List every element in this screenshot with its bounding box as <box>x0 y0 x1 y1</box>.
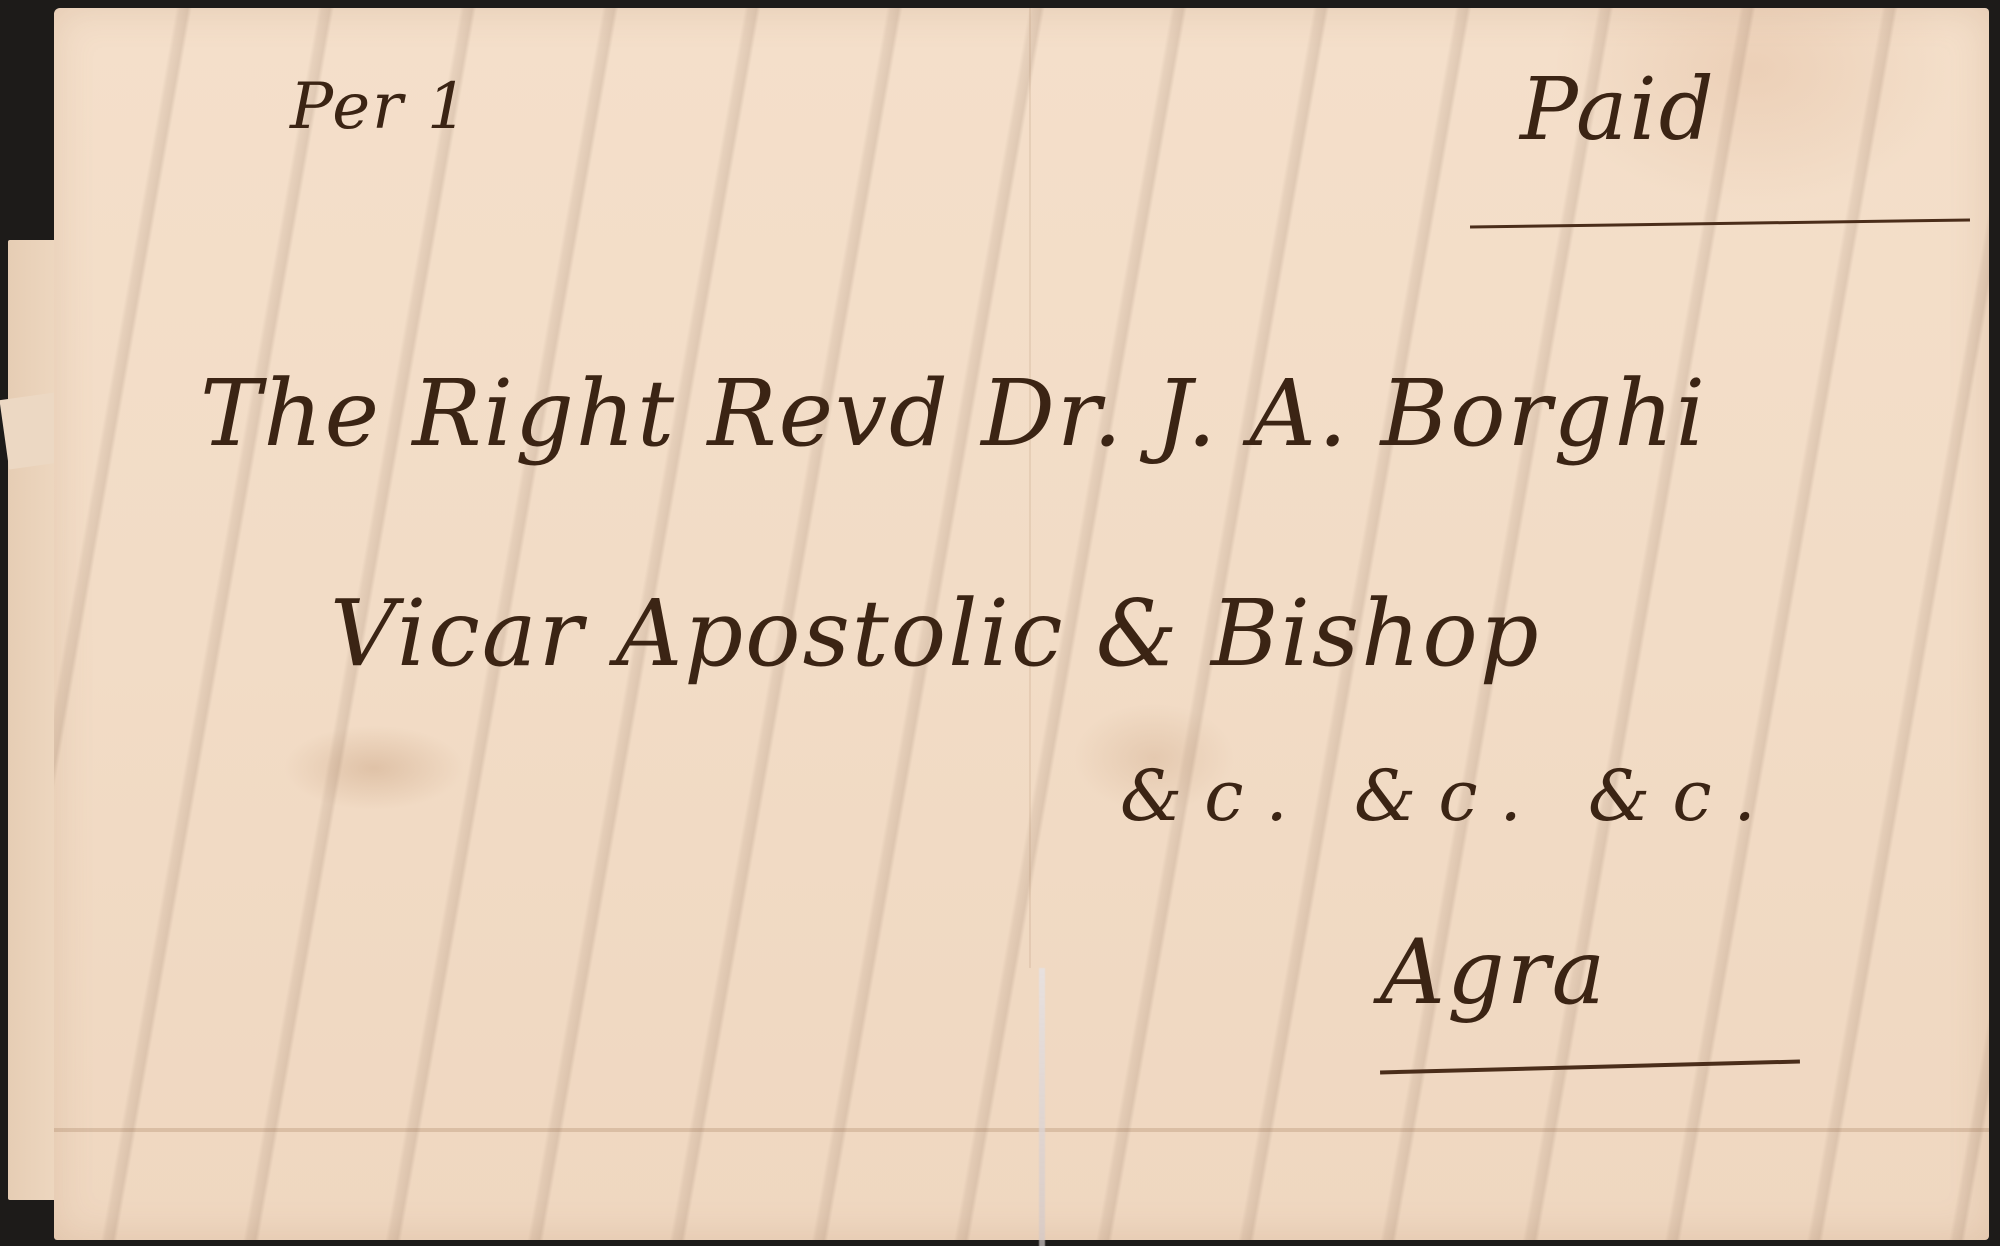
horizontal-fold <box>54 1128 1989 1132</box>
paid-marking: Paid <box>1520 60 1716 160</box>
address-line-1: The Right Revd Dr. J. A. Borghi <box>200 360 1707 467</box>
vertical-crease <box>1029 8 1031 968</box>
address-line-2: Vicar Apostolic & Bishop <box>330 580 1541 687</box>
routing-note: Per 1 <box>290 70 470 144</box>
address-line-3: &c. &c. &c. <box>1120 755 1778 837</box>
destination: Agra <box>1380 920 1607 1025</box>
paper-tear <box>1039 968 1045 1246</box>
